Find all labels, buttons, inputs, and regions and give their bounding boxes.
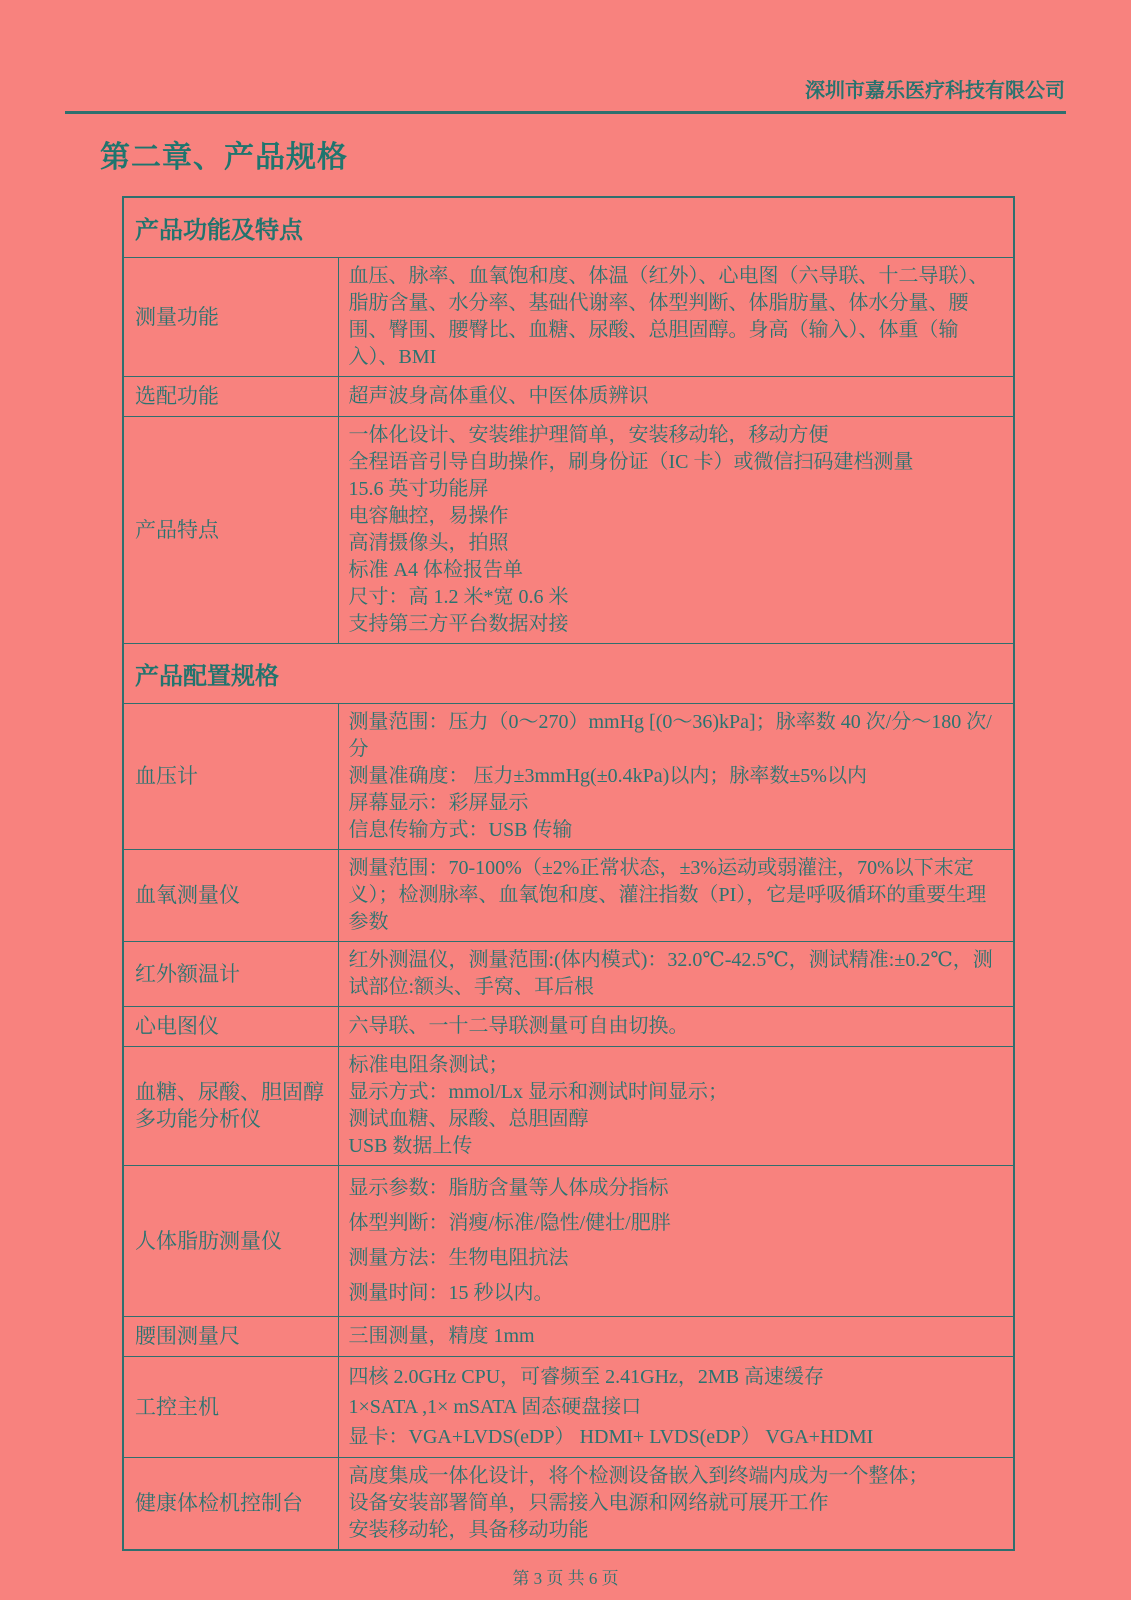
content-line: 支持第三方平台数据对接 <box>349 611 1004 638</box>
content-line: 屏幕显示：彩屏显示 <box>349 790 1004 817</box>
row-content: 测量范围：70-100%（±2%正常状态，±3%运动或弱灌注，70%以下末定义）… <box>338 850 1014 942</box>
row-content: 三围测量，精度 1mm <box>338 1317 1014 1357</box>
row-label: 血压计 <box>123 704 338 850</box>
section-header-features: 产品功能及特点 <box>123 197 1014 258</box>
table-row: 血糖、尿酸、胆固醇多功能分析仪 标准电阻条测试； 显示方式：mmol/Lx 显示… <box>123 1047 1014 1166</box>
page-number-footer: 第 3 页 共 6 页 <box>0 1564 1131 1589</box>
product-spec-table: 产品功能及特点 测量功能 血压、脉率、血氧饱和度、体温（红外）、心电图（六导联、… <box>122 196 1015 1551</box>
row-content: 标准电阻条测试； 显示方式：mmol/Lx 显示和测试时间显示； 测试血糖、尿酸… <box>338 1047 1014 1166</box>
table-row: 血氧测量仪 测量范围：70-100%（±2%正常状态，±3%运动或弱灌注，70%… <box>123 850 1014 942</box>
content-line: 全程语音引导自助操作，刷身份证（IC 卡）或微信扫码建档测量 <box>349 449 1004 476</box>
table-row: 人体脂肪测量仪 显示参数：脂肪含量等人体成分指标 体型判断：消瘦/标准/隐性/健… <box>123 1166 1014 1317</box>
row-content: 血压、脉率、血氧饱和度、体温（红外）、心电图（六导联、十二导联）、脂肪含量、水分… <box>338 258 1014 377</box>
row-content: 一体化设计、安装维护理简单，安装移动轮，移动方便 全程语音引导自助操作，刷身份证… <box>338 417 1014 644</box>
row-label: 人体脂肪测量仪 <box>123 1166 338 1317</box>
row-label: 血糖、尿酸、胆固醇多功能分析仪 <box>123 1047 338 1166</box>
content-line: 一体化设计、安装维护理简单，安装移动轮，移动方便 <box>349 422 1004 449</box>
content-line: 1×SATA ,1× mSATA 固态硬盘接口 <box>349 1392 1004 1422</box>
table-row: 选配功能 超声波身高体重仪、中医体质辨识 <box>123 377 1014 417</box>
content-line: 显卡：VGA+LVDS(eDP） HDMI+ LVDS(eDP） VGA+HDM… <box>349 1422 1004 1452</box>
row-content: 四核 2.0GHz CPU，可睿频至 2.41GHz，2MB 高速缓存 1×SA… <box>338 1357 1014 1458</box>
company-name-header: 深圳市嘉乐医疗科技有限公司 <box>0 0 1131 111</box>
content-line: 标准电阻条测试； <box>349 1052 1004 1079</box>
row-content: 六导联、一十二导联测量可自由切换。 <box>338 1007 1014 1047</box>
row-label: 血氧测量仪 <box>123 850 338 942</box>
section-header-configuration: 产品配置规格 <box>123 644 1014 704</box>
table-row: 腰围测量尺 三围测量，精度 1mm <box>123 1317 1014 1357</box>
document-page: 深圳市嘉乐医疗科技有限公司 第二章、产品规格 产品功能及特点 测量功能 血压、脉… <box>0 0 1131 1600</box>
content-line: 信息传输方式：USB 传输 <box>349 817 1004 844</box>
content-line: 尺寸：高 1.2 米*宽 0.6 米 <box>349 584 1004 611</box>
table-row: 健康体检机控制台 高度集成一体化设计，将个检测设备嵌入到终端内成为一个整体； 设… <box>123 1458 1014 1551</box>
content-line: 电容触控，易操作 <box>349 503 1004 530</box>
row-label: 测量功能 <box>123 258 338 377</box>
content-line: 测量方法：生物电阻抗法 <box>349 1241 1004 1276</box>
content-line: USB 数据上传 <box>349 1133 1004 1160</box>
content-line: 高度集成一体化设计，将个检测设备嵌入到终端内成为一个整体； <box>349 1463 1004 1490</box>
content-line: 设备安装部署简单，只需接入电源和网络就可展开工作 <box>349 1490 1004 1517</box>
content-line: 测试血糖、尿酸、总胆固醇 <box>349 1106 1004 1133</box>
content-line: 标准 A4 体检报告单 <box>349 557 1004 584</box>
table-row: 心电图仪 六导联、一十二导联测量可自由切换。 <box>123 1007 1014 1047</box>
content-line: 测量准确度： 压力±3mmHg(±0.4kPa)以内；脉率数±5%以内 <box>349 763 1004 790</box>
table-row: 工控主机 四核 2.0GHz CPU，可睿频至 2.41GHz，2MB 高速缓存… <box>123 1357 1014 1458</box>
content-line: 超声波身高体重仪、中医体质辨识 <box>349 383 1004 410</box>
row-label: 心电图仪 <box>123 1007 338 1047</box>
row-label: 产品特点 <box>123 417 338 644</box>
content-line: 测量时间：15 秒以内。 <box>349 1276 1004 1311</box>
row-content: 高度集成一体化设计，将个检测设备嵌入到终端内成为一个整体； 设备安装部署简单，只… <box>338 1458 1014 1551</box>
table-row: 测量功能 血压、脉率、血氧饱和度、体温（红外）、心电图（六导联、十二导联）、脂肪… <box>123 258 1014 377</box>
header-divider-rule <box>65 111 1066 114</box>
row-content: 红外测温仪，测量范围:(体内模式)：32.0℃-42.5℃，测试精准:±0.2℃… <box>338 942 1014 1007</box>
row-label: 选配功能 <box>123 377 338 417</box>
table-row: 产品配置规格 <box>123 644 1014 704</box>
table-row: 产品特点 一体化设计、安装维护理简单，安装移动轮，移动方便 全程语音引导自助操作… <box>123 417 1014 644</box>
row-label: 健康体检机控制台 <box>123 1458 338 1551</box>
row-content: 超声波身高体重仪、中医体质辨识 <box>338 377 1014 417</box>
content-line: 红外测温仪，测量范围:(体内模式)：32.0℃-42.5℃，测试精准:±0.2℃… <box>349 947 1004 1001</box>
table-row: 红外额温计 红外测温仪，测量范围:(体内模式)：32.0℃-42.5℃，测试精准… <box>123 942 1014 1007</box>
content-line: 血压、脉率、血氧饱和度、体温（红外）、心电图（六导联、十二导联）、脂肪含量、水分… <box>349 263 1004 371</box>
chapter-title: 第二章、产品规格 <box>100 132 1131 176</box>
row-content: 显示参数：脂肪含量等人体成分指标 体型判断：消瘦/标准/隐性/健壮/肥胖 测量方… <box>338 1166 1014 1317</box>
content-line: 高清摄像头，拍照 <box>349 530 1004 557</box>
row-label: 腰围测量尺 <box>123 1317 338 1357</box>
row-label: 红外额温计 <box>123 942 338 1007</box>
content-line: 六导联、一十二导联测量可自由切换。 <box>349 1013 1004 1040</box>
row-label: 工控主机 <box>123 1357 338 1458</box>
table-row: 产品功能及特点 <box>123 197 1014 258</box>
content-line: 测量范围：压力（0～270）mmHg [(0～36)kPa]；脉率数 40 次/… <box>349 709 1004 763</box>
content-line: 显示参数：脂肪含量等人体成分指标 <box>349 1171 1004 1206</box>
content-line: 三围测量，精度 1mm <box>349 1323 1004 1350</box>
content-line: 四核 2.0GHz CPU，可睿频至 2.41GHz，2MB 高速缓存 <box>349 1362 1004 1392</box>
row-content: 测量范围：压力（0～270）mmHg [(0～36)kPa]；脉率数 40 次/… <box>338 704 1014 850</box>
content-line: 15.6 英寸功能屏 <box>349 476 1004 503</box>
content-line: 安装移动轮，具备移动功能 <box>349 1517 1004 1544</box>
content-line: 显示方式：mmol/Lx 显示和测试时间显示； <box>349 1079 1004 1106</box>
content-line: 体型判断：消瘦/标准/隐性/健壮/肥胖 <box>349 1206 1004 1241</box>
table-row: 血压计 测量范围：压力（0～270）mmHg [(0～36)kPa]；脉率数 4… <box>123 704 1014 850</box>
content-line: 测量范围：70-100%（±2%正常状态，±3%运动或弱灌注，70%以下末定义）… <box>349 855 1004 936</box>
